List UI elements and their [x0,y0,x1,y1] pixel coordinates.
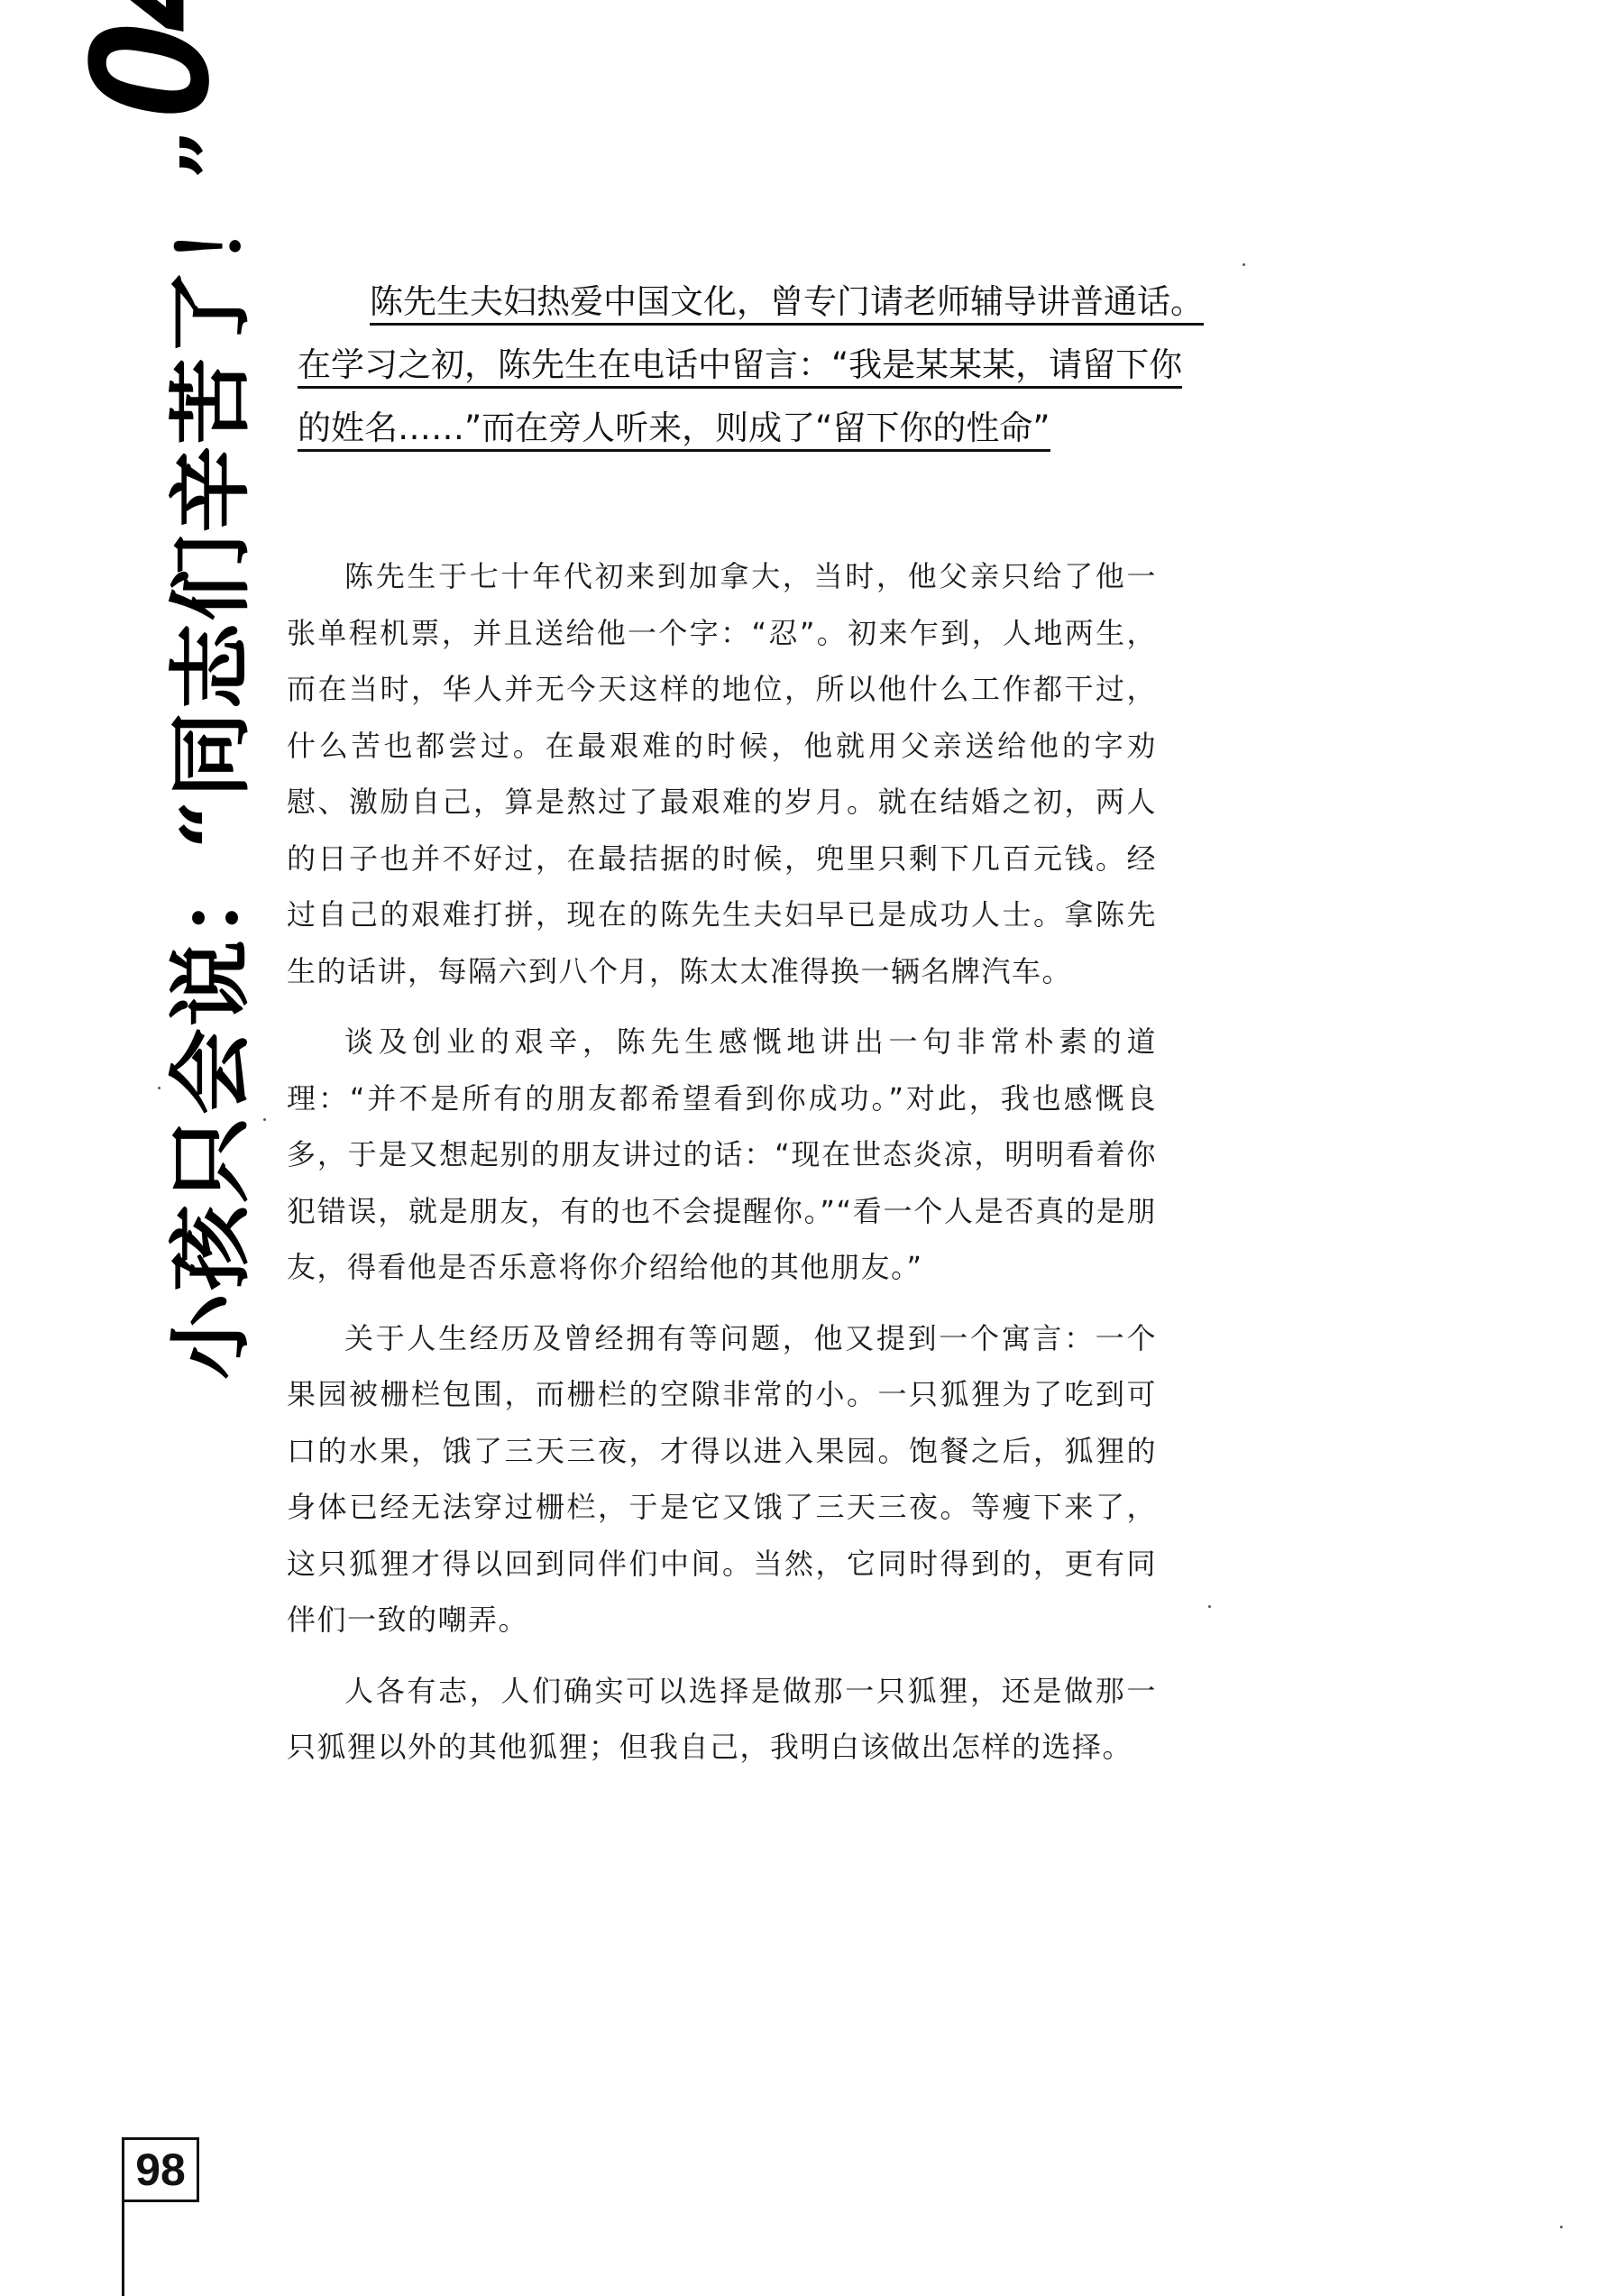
scan-speck [263,1118,266,1121]
chapter-side-header: 小孩只会说：“同志们辛苦了！” 042 [0,0,270,1380]
pull-quote-line-2: 在学习之初，陈先生在电话中留言：“我是某某某，请留下你 [298,334,1352,397]
paragraph-2: 谈及创业的艰辛，陈先生感慨地讲出一句非常朴素的道理：“并不是所有的朋友都希望看到… [287,1014,1157,1296]
scan-speck [1560,2226,1563,2228]
scan-speck [1208,1605,1211,1608]
paragraph-4: 人各有志，人们确实可以选择是做那一只狐狸，还是做那一只狐狸以外的其他狐狸；但我自… [287,1663,1157,1776]
article-body: 陈先生于七十年代初来到加拿大，当时，他父亲只给了他一张单程机票，并且送给他一个字… [287,548,1157,1790]
paragraph-1: 陈先生于七十年代初来到加拿大，当时，他父亲只给了他一张单程机票，并且送给他一个字… [287,548,1157,999]
scan-speck [1242,263,1245,266]
pull-quote-line-3: 的姓名……”而在旁人听来，则成了“留下你的性命” [298,397,1352,460]
page-number-marker: 98 [120,2137,210,2296]
scan-speck [158,1087,160,1089]
page-number: 98 [122,2137,199,2202]
page-number-rule [122,2200,124,2296]
chapter-number: 042 [63,0,234,121]
pull-quote-line-1: 陈先生夫妇热爱中国文化，曾专门请老师辅导讲普通话。 [298,271,1352,334]
paragraph-3: 关于人生经历及曾经拥有等问题，他又提到一个寓言：一个果园被栅栏包围，而栅栏的空隙… [287,1310,1157,1649]
chapter-title: 小孩只会说：“同志们辛苦了！” [169,128,254,1380]
pull-quote: 陈先生夫妇热爱中国文化，曾专门请老师辅导讲普通话。 在学习之初，陈先生在电话中留… [298,271,1352,460]
